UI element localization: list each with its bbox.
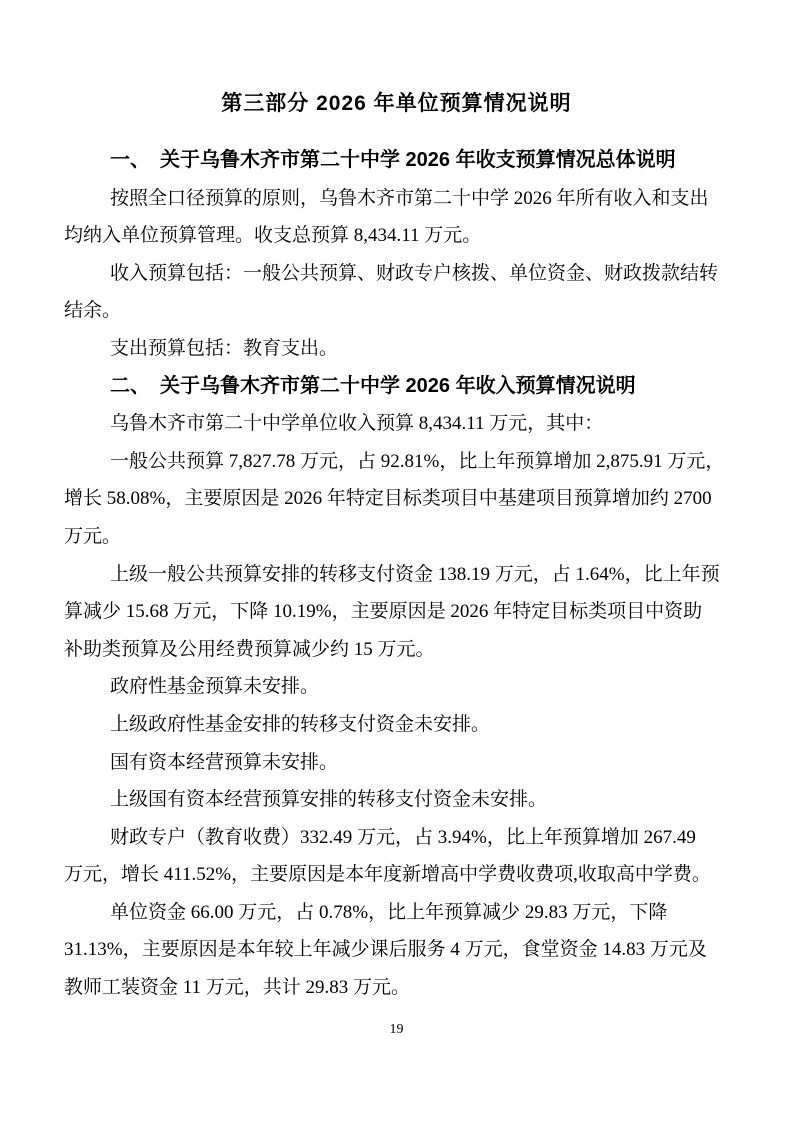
paragraph-line: 财政专户（教育收费）332.49 万元，占 3.94%，比上年预算增加 267.…	[64, 819, 729, 857]
paragraph-line: 一般公共预算 7,827.78 万元，占 92.81%，比上年预算增加 2,87…	[64, 443, 729, 481]
paragraph-line: 31.13%，主要原因是本年较上年减少课后服务 4 万元，食堂资金 14.83 …	[64, 931, 729, 969]
paragraph-line: 收入预算包括：一般公共预算、财政专户核拨、单位资金、财政拨款结转	[64, 255, 729, 293]
paragraph-line: 增长 58.08%，主要原因是 2026 年特定目标类项目中基建项目预算增加约 …	[64, 480, 729, 518]
page-number: 19	[0, 1022, 793, 1038]
document-page: 第三部分 2026 年单位预算情况说明 一、 关于乌鲁木齐市第二十中学 2026…	[0, 0, 793, 1122]
paragraph-line: 算减少 15.68 万元，下降 10.19%，主要原因是 2026 年特定目标类…	[64, 593, 729, 631]
paragraph-line: 政府性基金预算未安排。	[64, 668, 729, 706]
paragraph-line: 万元。	[64, 518, 729, 556]
paragraph-line: 上级国有资本经营预算安排的转移支付资金未安排。	[64, 781, 729, 819]
section-heading-1: 一、 关于乌鲁木齐市第二十中学 2026 年收支预算情况总体说明	[64, 142, 729, 180]
paragraph-line: 教师工装资金 11 万元，共计 29.83 万元。	[64, 969, 729, 1007]
paragraph-line: 结余。	[64, 292, 729, 330]
paragraph-line: 补助类预算及公用经费预算减少约 15 万元。	[64, 631, 729, 669]
paragraph-line: 单位资金 66.00 万元，占 0.78%，比上年预算减少 29.83 万元，下…	[64, 894, 729, 932]
paragraph-line: 支出预算包括：教育支出。	[64, 330, 729, 368]
paragraph-line: 万元，增长 411.52%，主要原因是本年度新增高中学费收费项,收取高中学费。	[64, 856, 729, 894]
paragraph-line: 按照全口径预算的原则，乌鲁木齐市第二十中学 2026 年所有收入和支出	[64, 180, 729, 218]
paragraph-line: 乌鲁木齐市第二十中学单位收入预算 8,434.11 万元，其中：	[64, 405, 729, 443]
paragraph-line: 国有资本经营预算未安排。	[64, 744, 729, 782]
document-content: 第三部分 2026 年单位预算情况说明 一、 关于乌鲁木齐市第二十中学 2026…	[64, 85, 729, 1007]
document-title: 第三部分 2026 年单位预算情况说明	[64, 85, 729, 123]
paragraph-line: 均纳入单位预算管理。收支总预算 8,434.11 万元。	[64, 217, 729, 255]
section-heading-2: 二、 关于乌鲁木齐市第二十中学 2026 年收入预算情况说明	[64, 368, 729, 406]
paragraph-line: 上级政府性基金安排的转移支付资金未安排。	[64, 706, 729, 744]
paragraph-line: 上级一般公共预算安排的转移支付资金 138.19 万元，占 1.64%，比上年预	[64, 556, 729, 594]
